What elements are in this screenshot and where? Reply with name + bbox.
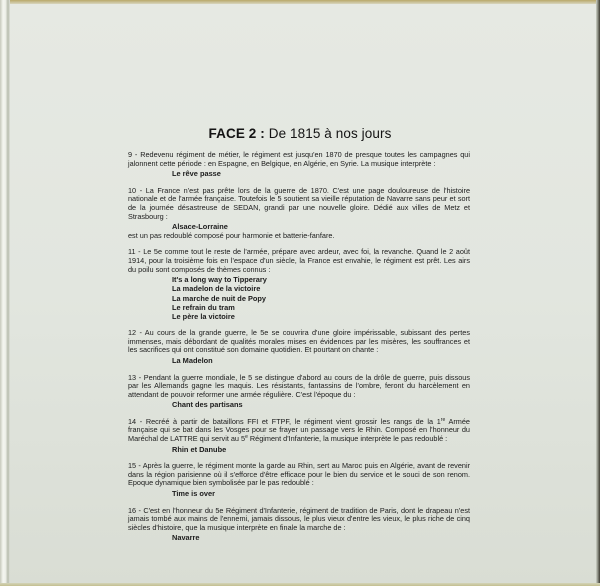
track-description: 13 - Pendant la guerre mondiale, le 5 se… <box>128 374 470 400</box>
track-description: 10 - La France n'est pas prête lors de l… <box>128 187 470 221</box>
track-description: 14 - Recréé à partir de bataillons FFI e… <box>128 418 470 444</box>
face-label: FACE 2 : <box>209 126 265 141</box>
song-title: It's a long way to Tipperary <box>172 275 470 284</box>
track-description-after: est un pas redoublé composé pour harmoni… <box>128 232 470 241</box>
track-note-9: 9 - Redevenu régiment de métier, le régi… <box>128 151 470 179</box>
track-note-15: 15 - Après la guerre, le régiment monte … <box>128 462 470 498</box>
song-title: La madelon de la victoire <box>172 284 470 293</box>
song-title: Navarre <box>172 534 470 543</box>
record-sleeve-back: FACE 2 : De 1815 à nos jours 9 - Redeven… <box>0 0 600 586</box>
page-title: FACE 2 : De 1815 à nos jours <box>0 126 600 141</box>
track-description: 16 - C'est en l'honneur du 5e Régiment d… <box>128 507 470 533</box>
song-title: La Madelon <box>172 357 470 366</box>
sleeve-top-edge <box>0 0 600 4</box>
sleeve-right-edge <box>596 0 600 586</box>
song-title: Rhin et Danube <box>172 446 470 455</box>
track-note-10: 10 - La France n'est pas prête lors de l… <box>128 187 470 241</box>
text-segment: Régiment d'Infanterie, la musique interp… <box>248 434 447 443</box>
sleeve-spine <box>0 0 10 586</box>
track-note-12: 12 - Au cours de la grande guerre, le 5e… <box>128 329 470 365</box>
track-description: 12 - Au cours de la grande guerre, le 5e… <box>128 329 470 355</box>
song-list: It's a long way to Tipperary La madelon … <box>172 275 470 321</box>
song-title: Le rêve passe <box>172 170 470 179</box>
track-note-11: 11 - Le 5e comme tout le reste de l'armé… <box>128 248 470 321</box>
song-title: Le père la victoire <box>172 312 470 321</box>
song-title: Chant des partisans <box>172 401 470 410</box>
track-note-14: 14 - Recréé à partir de bataillons FFI e… <box>128 418 470 454</box>
song-title: La marche de nuit de Popy <box>172 294 470 303</box>
face-subtitle: De 1815 à nos jours <box>269 126 392 141</box>
track-note-13: 13 - Pendant la guerre mondiale, le 5 se… <box>128 374 470 410</box>
song-title: Time is over <box>172 490 470 499</box>
track-notes: 9 - Redevenu régiment de métier, le régi… <box>128 151 470 551</box>
track-note-16: 16 - C'est en l'honneur du 5e Régiment d… <box>128 507 470 543</box>
track-description: 15 - Après la guerre, le régiment monte … <box>128 462 470 488</box>
song-title: Le refrain du tram <box>172 303 470 312</box>
track-description: 9 - Redevenu régiment de métier, le régi… <box>128 151 470 168</box>
track-description: 11 - Le 5e comme tout le reste de l'armé… <box>128 248 470 274</box>
